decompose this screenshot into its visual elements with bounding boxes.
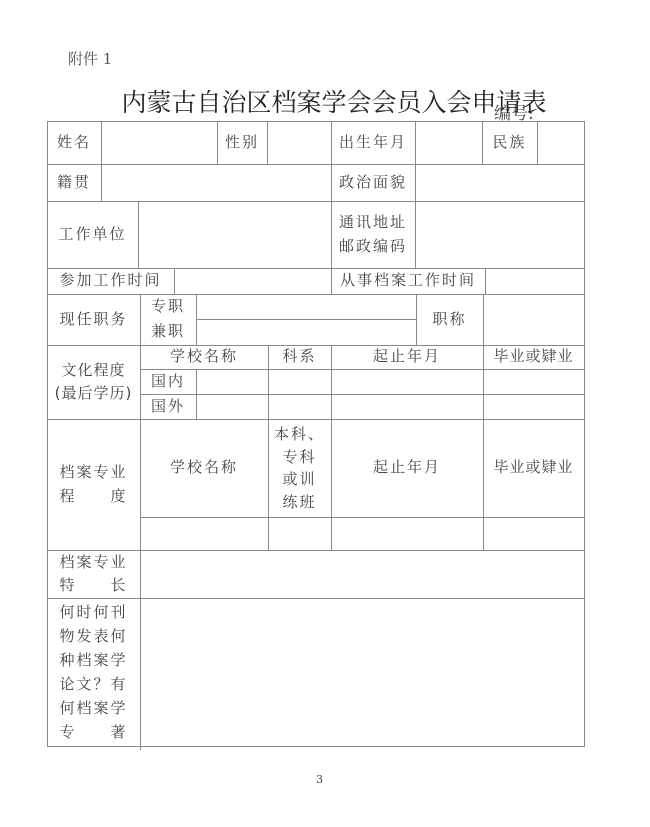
specialty-label: 档案专业 特 长 <box>47 550 140 598</box>
parttime-label: 兼职 <box>140 319 196 345</box>
archive-period-field[interactable] <box>331 517 483 550</box>
foreign-graduation-field[interactable] <box>483 394 584 419</box>
position-label: 现任职务 <box>47 294 140 345</box>
domestic-department-field[interactable] <box>268 369 331 394</box>
work-start-label: 参加工作时间 <box>47 268 174 294</box>
professional-title-field[interactable] <box>483 294 584 345</box>
address-postcode-field[interactable] <box>415 201 584 268</box>
ethnicity-label: 民族 <box>482 121 537 164</box>
degree-type-header: 本科、 专科 或训 练班 <box>268 419 331 517</box>
native-place-label: 籍贯 <box>47 164 101 201</box>
graduation-header: 毕业或肄业 <box>483 345 584 369</box>
publications-label-line-5: 何档案学 <box>59 696 127 720</box>
work-start-field[interactable] <box>174 268 331 294</box>
publications-label: 何时何刊 物发表何 种档案学 论文？有 何档案学 专 著 <box>47 598 140 746</box>
political-status-field[interactable] <box>415 164 584 201</box>
archive-degree-label-line-1: 档案专业 <box>59 461 127 484</box>
publications-field[interactable] <box>140 598 584 746</box>
archive-work-start-field[interactable] <box>485 268 584 294</box>
native-place-field[interactable] <box>101 164 331 201</box>
foreign-school-field[interactable] <box>196 394 268 419</box>
publications-label-line-4: 论文？有 <box>59 672 127 696</box>
archive-school-header: 学校名称 <box>140 419 268 517</box>
archive-period-header: 起止年月 <box>331 419 483 517</box>
fulltime-label: 专职 <box>140 294 196 319</box>
foreign-label: 国外 <box>140 394 196 419</box>
archive-work-start-label: 从事档案工作时间 <box>331 268 485 294</box>
period-header: 起止年月 <box>331 345 483 369</box>
gender-label: 性别 <box>217 121 267 164</box>
gender-field[interactable] <box>267 121 331 164</box>
professional-title-label: 职称 <box>416 294 483 345</box>
name-field[interactable] <box>101 121 217 164</box>
domestic-period-field[interactable] <box>331 369 483 394</box>
publications-label-line-6: 专 著 <box>59 720 127 744</box>
domestic-label: 国内 <box>140 369 196 394</box>
publications-label-line-3: 种档案学 <box>59 648 127 672</box>
degree-type-field[interactable] <box>268 517 331 550</box>
domestic-school-field[interactable] <box>196 369 268 394</box>
department-header: 科系 <box>268 345 331 369</box>
work-unit-field[interactable] <box>138 201 331 268</box>
page-number: 3 <box>316 773 323 786</box>
fulltime-field[interactable] <box>196 294 416 319</box>
political-status-label: 政治面貌 <box>331 164 415 201</box>
table-border-bottom <box>47 746 585 747</box>
archive-degree-label: 档案专业 程 度 <box>47 419 140 550</box>
archive-degree-label-line-2: 程 度 <box>59 485 127 508</box>
archive-graduation-header: 毕业或肄业 <box>483 419 584 517</box>
education-label: 文化程度 (最后学历) <box>47 345 140 419</box>
specialty-label-line-1: 档案专业 <box>59 551 127 574</box>
birth-field[interactable] <box>415 121 482 164</box>
foreign-period-field[interactable] <box>331 394 483 419</box>
school-name-header: 学校名称 <box>140 345 268 369</box>
specialty-field[interactable] <box>140 550 584 598</box>
work-unit-label: 工作单位 <box>47 201 138 268</box>
publications-label-line-2: 物发表何 <box>59 624 127 648</box>
name-label: 姓名 <box>47 121 101 164</box>
specialty-label-line-2: 特 长 <box>59 574 127 597</box>
parttime-field[interactable] <box>196 319 416 345</box>
domestic-graduation-field[interactable] <box>483 369 584 394</box>
archive-graduation-field[interactable] <box>483 517 584 550</box>
ethnicity-field[interactable] <box>537 121 584 164</box>
application-form-table: 姓名 性别 出生年月 民族 籍贯 政治面貌 工作单位 通讯地址 邮政编码 参加工… <box>0 0 650 827</box>
table-border-right <box>584 121 585 746</box>
publications-label-line-1: 何时何刊 <box>59 600 127 624</box>
foreign-department-field[interactable] <box>268 394 331 419</box>
address-postcode-label: 通讯地址 邮政编码 <box>331 201 415 268</box>
birth-label: 出生年月 <box>331 121 415 164</box>
archive-school-field[interactable] <box>140 517 268 550</box>
